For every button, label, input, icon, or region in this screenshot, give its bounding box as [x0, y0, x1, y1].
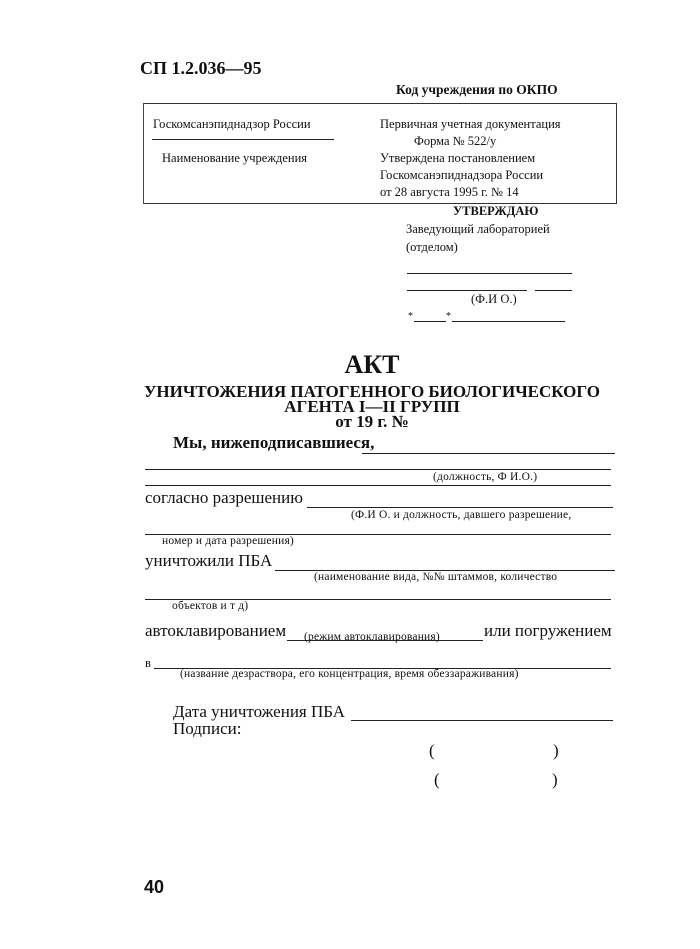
- org-name: Госкомсанэпиднадзор России: [153, 117, 311, 132]
- position-line-2[interactable]: [145, 485, 611, 486]
- destroyed-caption: (наименование вида, №№ штаммов, количест…: [314, 571, 557, 583]
- approval-day-line[interactable]: [414, 321, 446, 322]
- permission-caption-2: номер и дата разрешения): [162, 535, 294, 547]
- approval-title: УТВЕРЖДАЮ: [453, 204, 538, 219]
- approval-fio-line-2: [535, 290, 572, 291]
- date-line[interactable]: [351, 720, 613, 721]
- permission-line[interactable]: [307, 507, 613, 508]
- form-line-2: Форма № 522/у: [414, 134, 496, 149]
- destroyed-label: уничтожили ПБА: [145, 551, 272, 571]
- disinfectant-caption: (название дезраствора, его концентрация,…: [180, 668, 519, 680]
- in-label: в: [145, 656, 151, 671]
- signature-1-close: ): [553, 741, 559, 761]
- permission-label: согласно разрешению: [145, 488, 303, 508]
- org-name-label: Наименование учреждения: [162, 151, 307, 166]
- form-line-3: Утверждена постановлением: [380, 151, 535, 166]
- approval-fio-caption: (Ф.И О.): [471, 292, 517, 307]
- act-date-number: от 19 г. №: [0, 412, 700, 432]
- approval-month-line[interactable]: [452, 321, 565, 322]
- doc-code: СП 1.2.036—95: [140, 58, 262, 79]
- approval-line-1: Заведующий лабораторией: [406, 222, 550, 237]
- approval-signature-line[interactable]: [407, 273, 572, 274]
- org-name-line: [152, 139, 334, 140]
- signature-2-open: (: [434, 770, 440, 790]
- position-caption: (должность, Ф И.О.): [433, 471, 537, 483]
- we-signed-line[interactable]: [362, 453, 615, 454]
- okpo-label: Код учреждения по ОКПО: [396, 82, 558, 98]
- autoclave-label: автоклавированием: [145, 621, 286, 641]
- page-number: 40: [144, 877, 164, 898]
- approval-fio-line[interactable]: [407, 290, 527, 291]
- form-line-5: от 28 августа 1995 г. № 14: [380, 185, 519, 200]
- form-line-1: Первичная учетная документация: [380, 117, 561, 132]
- form-line-4: Госкомсанэпиднадзора России: [380, 168, 543, 183]
- we-signed-label: Мы, нижеподписавшиеся,: [173, 433, 374, 453]
- permission-caption: (Ф.И О. и должность, давшего разрешение,: [351, 509, 571, 521]
- signatures-label: Подписи:: [173, 719, 242, 739]
- immersion-label: или погружением: [484, 621, 612, 641]
- destroyed-caption-2: объектов и т д): [172, 600, 248, 612]
- position-line-1[interactable]: [145, 469, 611, 470]
- act-title: АКТ: [0, 350, 700, 380]
- signature-2-close: ): [552, 770, 558, 790]
- approval-line-2: (отделом): [406, 240, 458, 255]
- signature-1-open: (: [429, 741, 435, 761]
- autoclave-caption: (режим автоклавирования): [304, 631, 440, 643]
